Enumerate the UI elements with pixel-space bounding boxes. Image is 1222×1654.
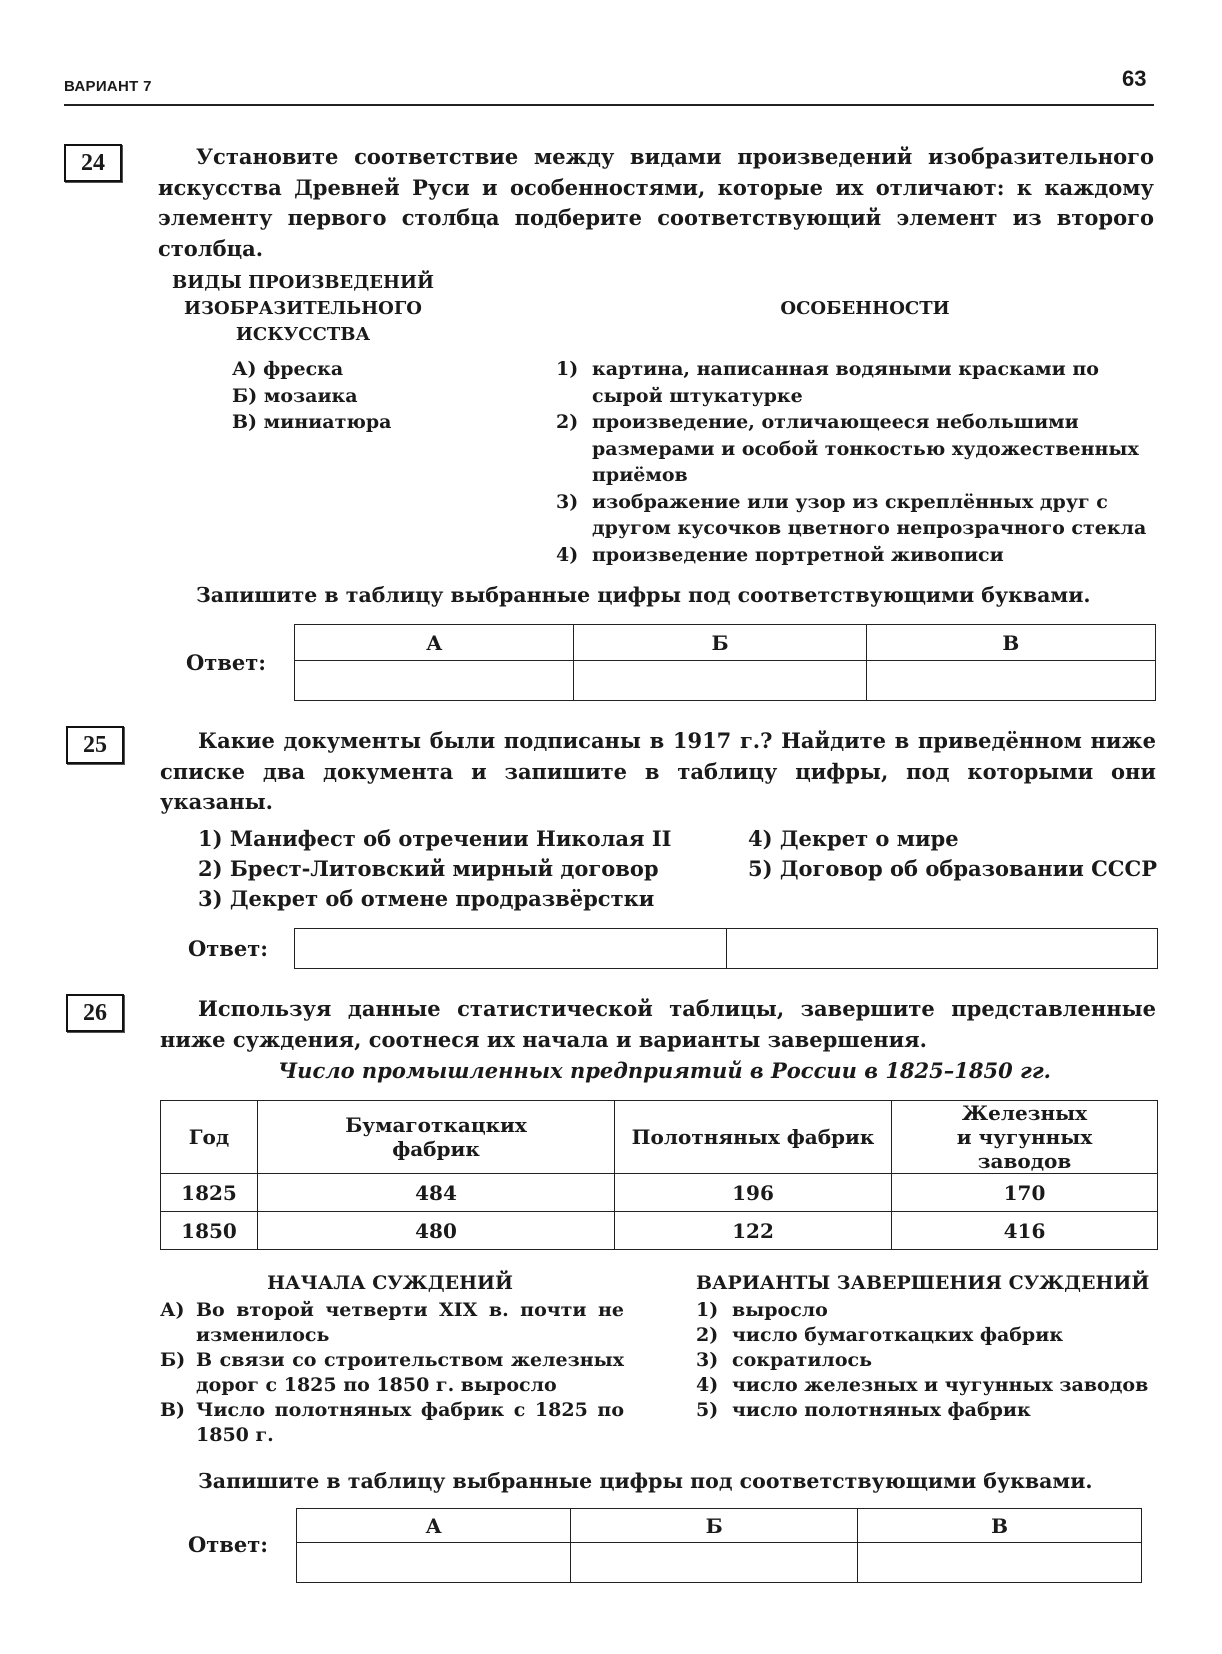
table-cell: 416 — [892, 1212, 1158, 1250]
list-item: 5)число полотняных фабрик — [696, 1398, 1158, 1423]
task26-answer-table: А Б В — [296, 1508, 1142, 1583]
item-number: 2) — [696, 1323, 732, 1348]
task25-answer-table — [294, 928, 1158, 969]
task24-left-list: А) фреска Б) мозаика В) миниатюра — [232, 356, 391, 436]
table-header: Год — [161, 1101, 258, 1174]
table-cell: 170 — [892, 1174, 1158, 1212]
item-letter: Б) — [160, 1348, 196, 1398]
answer-cell-a[interactable] — [297, 1543, 571, 1583]
statistics-table: Год Бумаготкацких фабрик Полотняных фабр… — [160, 1100, 1158, 1250]
list-item: 2) Брест-Литовский мирный договор — [198, 854, 672, 884]
answer-cell-a[interactable] — [295, 661, 574, 701]
table-cell: 122 — [615, 1212, 892, 1250]
item-text: картина, написанная водяными красками по… — [592, 356, 1156, 409]
item-text: В связи со строительством железных дорог… — [196, 1348, 624, 1398]
task26-instruction: Запишите в таблицу выбранные цифры под с… — [198, 1466, 1093, 1497]
beginnings-list: А)Во второй четверти XIX в. почти не изм… — [160, 1298, 624, 1448]
answer-col-header: А — [297, 1509, 571, 1543]
list-item: 3)сократилось — [696, 1348, 1158, 1373]
answer-cell-2[interactable] — [726, 929, 1158, 969]
task24-prompt-text: Установите соответствие между видами про… — [158, 144, 1154, 261]
item-text: произведение, отличающееся небольшими ра… — [592, 409, 1156, 489]
task24-right-list: 1)картина, написанная водяными красками … — [556, 356, 1156, 568]
task-number-26: 26 — [66, 994, 124, 1032]
table-header: Железных и чугунных заводов — [892, 1101, 1158, 1174]
task24-prompt: Установите соответствие между видами про… — [158, 142, 1154, 264]
table-header: Полотняных фабрик — [615, 1101, 892, 1174]
page-number: 63 — [1122, 66, 1146, 92]
task-number-25: 25 — [66, 726, 124, 764]
list-item: Б) мозаика — [232, 383, 391, 410]
endings-list: 1)выросло 2)число бумаготкацких фабрик 3… — [696, 1298, 1158, 1423]
item-text: сократилось — [732, 1348, 872, 1373]
list-item: 5) Договор об образовании СССР — [748, 854, 1157, 884]
item-text: изображение или узор из скреплённых друг… — [592, 489, 1156, 542]
answer-col-header: В — [866, 625, 1155, 661]
item-number: 1) — [556, 356, 592, 409]
item-number: 3) — [696, 1348, 732, 1373]
table-header: Бумаготкацких фабрик — [258, 1101, 615, 1174]
task26-answer-label: Ответ: — [188, 1532, 268, 1557]
answer-cell-v[interactable] — [858, 1543, 1142, 1583]
item-number: 1) — [696, 1298, 732, 1323]
endings-header: ВАРИАНТЫ ЗАВЕРШЕНИЯ СУЖДЕНИЙ — [696, 1270, 1149, 1296]
table-cell: 196 — [615, 1174, 892, 1212]
table-row: 1850 480 122 416 — [161, 1212, 1158, 1250]
list-item: 4) Декрет о мире — [748, 824, 1157, 854]
table-cell: 1850 — [161, 1212, 258, 1250]
list-item: 2)число бумаготкацких фабрик — [696, 1323, 1158, 1348]
item-text: число полотняных фабрик — [732, 1398, 1031, 1423]
item-number: 4) — [696, 1373, 732, 1398]
list-item: 1)картина, написанная водяными красками … — [556, 356, 1156, 409]
list-item: В)Число полотняных фабрик с 1825 по 1850… — [160, 1398, 624, 1448]
task26-prompt: Используя данные статистической таблицы,… — [160, 994, 1156, 1055]
task24-answer-label: Ответ: — [186, 650, 266, 675]
table-caption: Число промышленных предприятий в России … — [278, 1058, 1051, 1083]
list-item: Б)В связи со строительством железных дор… — [160, 1348, 624, 1398]
list-item: 2)произведение, отличающееся небольшими … — [556, 409, 1156, 489]
answer-col-header: А — [295, 625, 574, 661]
item-number: 3) — [556, 489, 592, 542]
list-item: А)Во второй четверти XIX в. почти не изм… — [160, 1298, 624, 1348]
item-text: число бумаготкацких фабрик — [732, 1323, 1063, 1348]
item-text: произведение портретной живописи — [592, 542, 1004, 569]
table-row: 1825 484 196 170 — [161, 1174, 1158, 1212]
list-item: 1) Манифест об отречении Николая II — [198, 824, 672, 854]
task24-instruction: Запишите в таблицу выбранные цифры под с… — [196, 580, 1091, 611]
task25-prompt-text: Какие документы были подписаны в 1917 г.… — [160, 728, 1156, 814]
answer-col-header: В — [858, 1509, 1142, 1543]
task-number-24: 24 — [64, 144, 122, 182]
left-header-line: ВИДЫ ПРОИЗВЕДЕНИЙ — [158, 270, 448, 296]
answer-cell-1[interactable] — [295, 929, 727, 969]
answer-cell-b[interactable] — [574, 661, 866, 701]
table-cell: 484 — [258, 1174, 615, 1212]
item-text: Число полотняных фабрик с 1825 по 1850 г… — [196, 1398, 624, 1448]
item-number: 2) — [556, 409, 592, 489]
header-divider — [64, 104, 1154, 106]
answer-cell-v[interactable] — [866, 661, 1155, 701]
list-item: 3)изображение или узор из скреплённых др… — [556, 489, 1156, 542]
item-text: выросло — [732, 1298, 828, 1323]
task26-prompt-text: Используя данные статистической таблицы,… — [160, 996, 1156, 1052]
item-letter: В) — [160, 1398, 196, 1448]
list-item: 4)произведение портретной живописи — [556, 542, 1156, 569]
left-header-line: ИСКУССТВА — [158, 322, 448, 348]
item-number: 5) — [696, 1398, 732, 1423]
task24-left-header: ВИДЫ ПРОИЗВЕДЕНИЙ ИЗОБРАЗИТЕЛЬНОГО ИСКУС… — [158, 270, 448, 348]
table-cell: 1825 — [161, 1174, 258, 1212]
task24-answer-table: А Б В — [294, 624, 1156, 701]
list-item: 3) Декрет об отмене продразвёрстки — [198, 884, 672, 914]
task25-answer-label: Ответ: — [188, 936, 268, 961]
list-item: А) фреска — [232, 356, 391, 383]
task25-options-right: 4) Декрет о мире 5) Договор об образован… — [748, 824, 1157, 884]
list-item: В) миниатюра — [232, 409, 391, 436]
item-text: число железных и чугунных заводов — [732, 1373, 1148, 1398]
item-letter: А) — [160, 1298, 196, 1348]
task25-prompt: Какие документы были подписаны в 1917 г.… — [160, 726, 1156, 818]
list-item: 1)выросло — [696, 1298, 1158, 1323]
task24-right-header: ОСОБЕННОСТИ — [700, 296, 1030, 322]
variant-label: ВАРИАНТ 7 — [64, 78, 152, 95]
item-number: 4) — [556, 542, 592, 569]
beginnings-header: НАЧАЛА СУЖДЕНИЙ — [160, 1270, 620, 1296]
item-text: Во второй четверти XIX в. почти не измен… — [196, 1298, 624, 1348]
answer-cell-b[interactable] — [571, 1543, 858, 1583]
task25-options-left: 1) Манифест об отречении Николая II 2) Б… — [198, 824, 672, 914]
left-header-line: ИЗОБРАЗИТЕЛЬНОГО — [158, 296, 448, 322]
list-item: 4)число железных и чугунных заводов — [696, 1373, 1158, 1398]
table-cell: 480 — [258, 1212, 615, 1250]
answer-col-header: Б — [571, 1509, 858, 1543]
answer-col-header: Б — [574, 625, 866, 661]
